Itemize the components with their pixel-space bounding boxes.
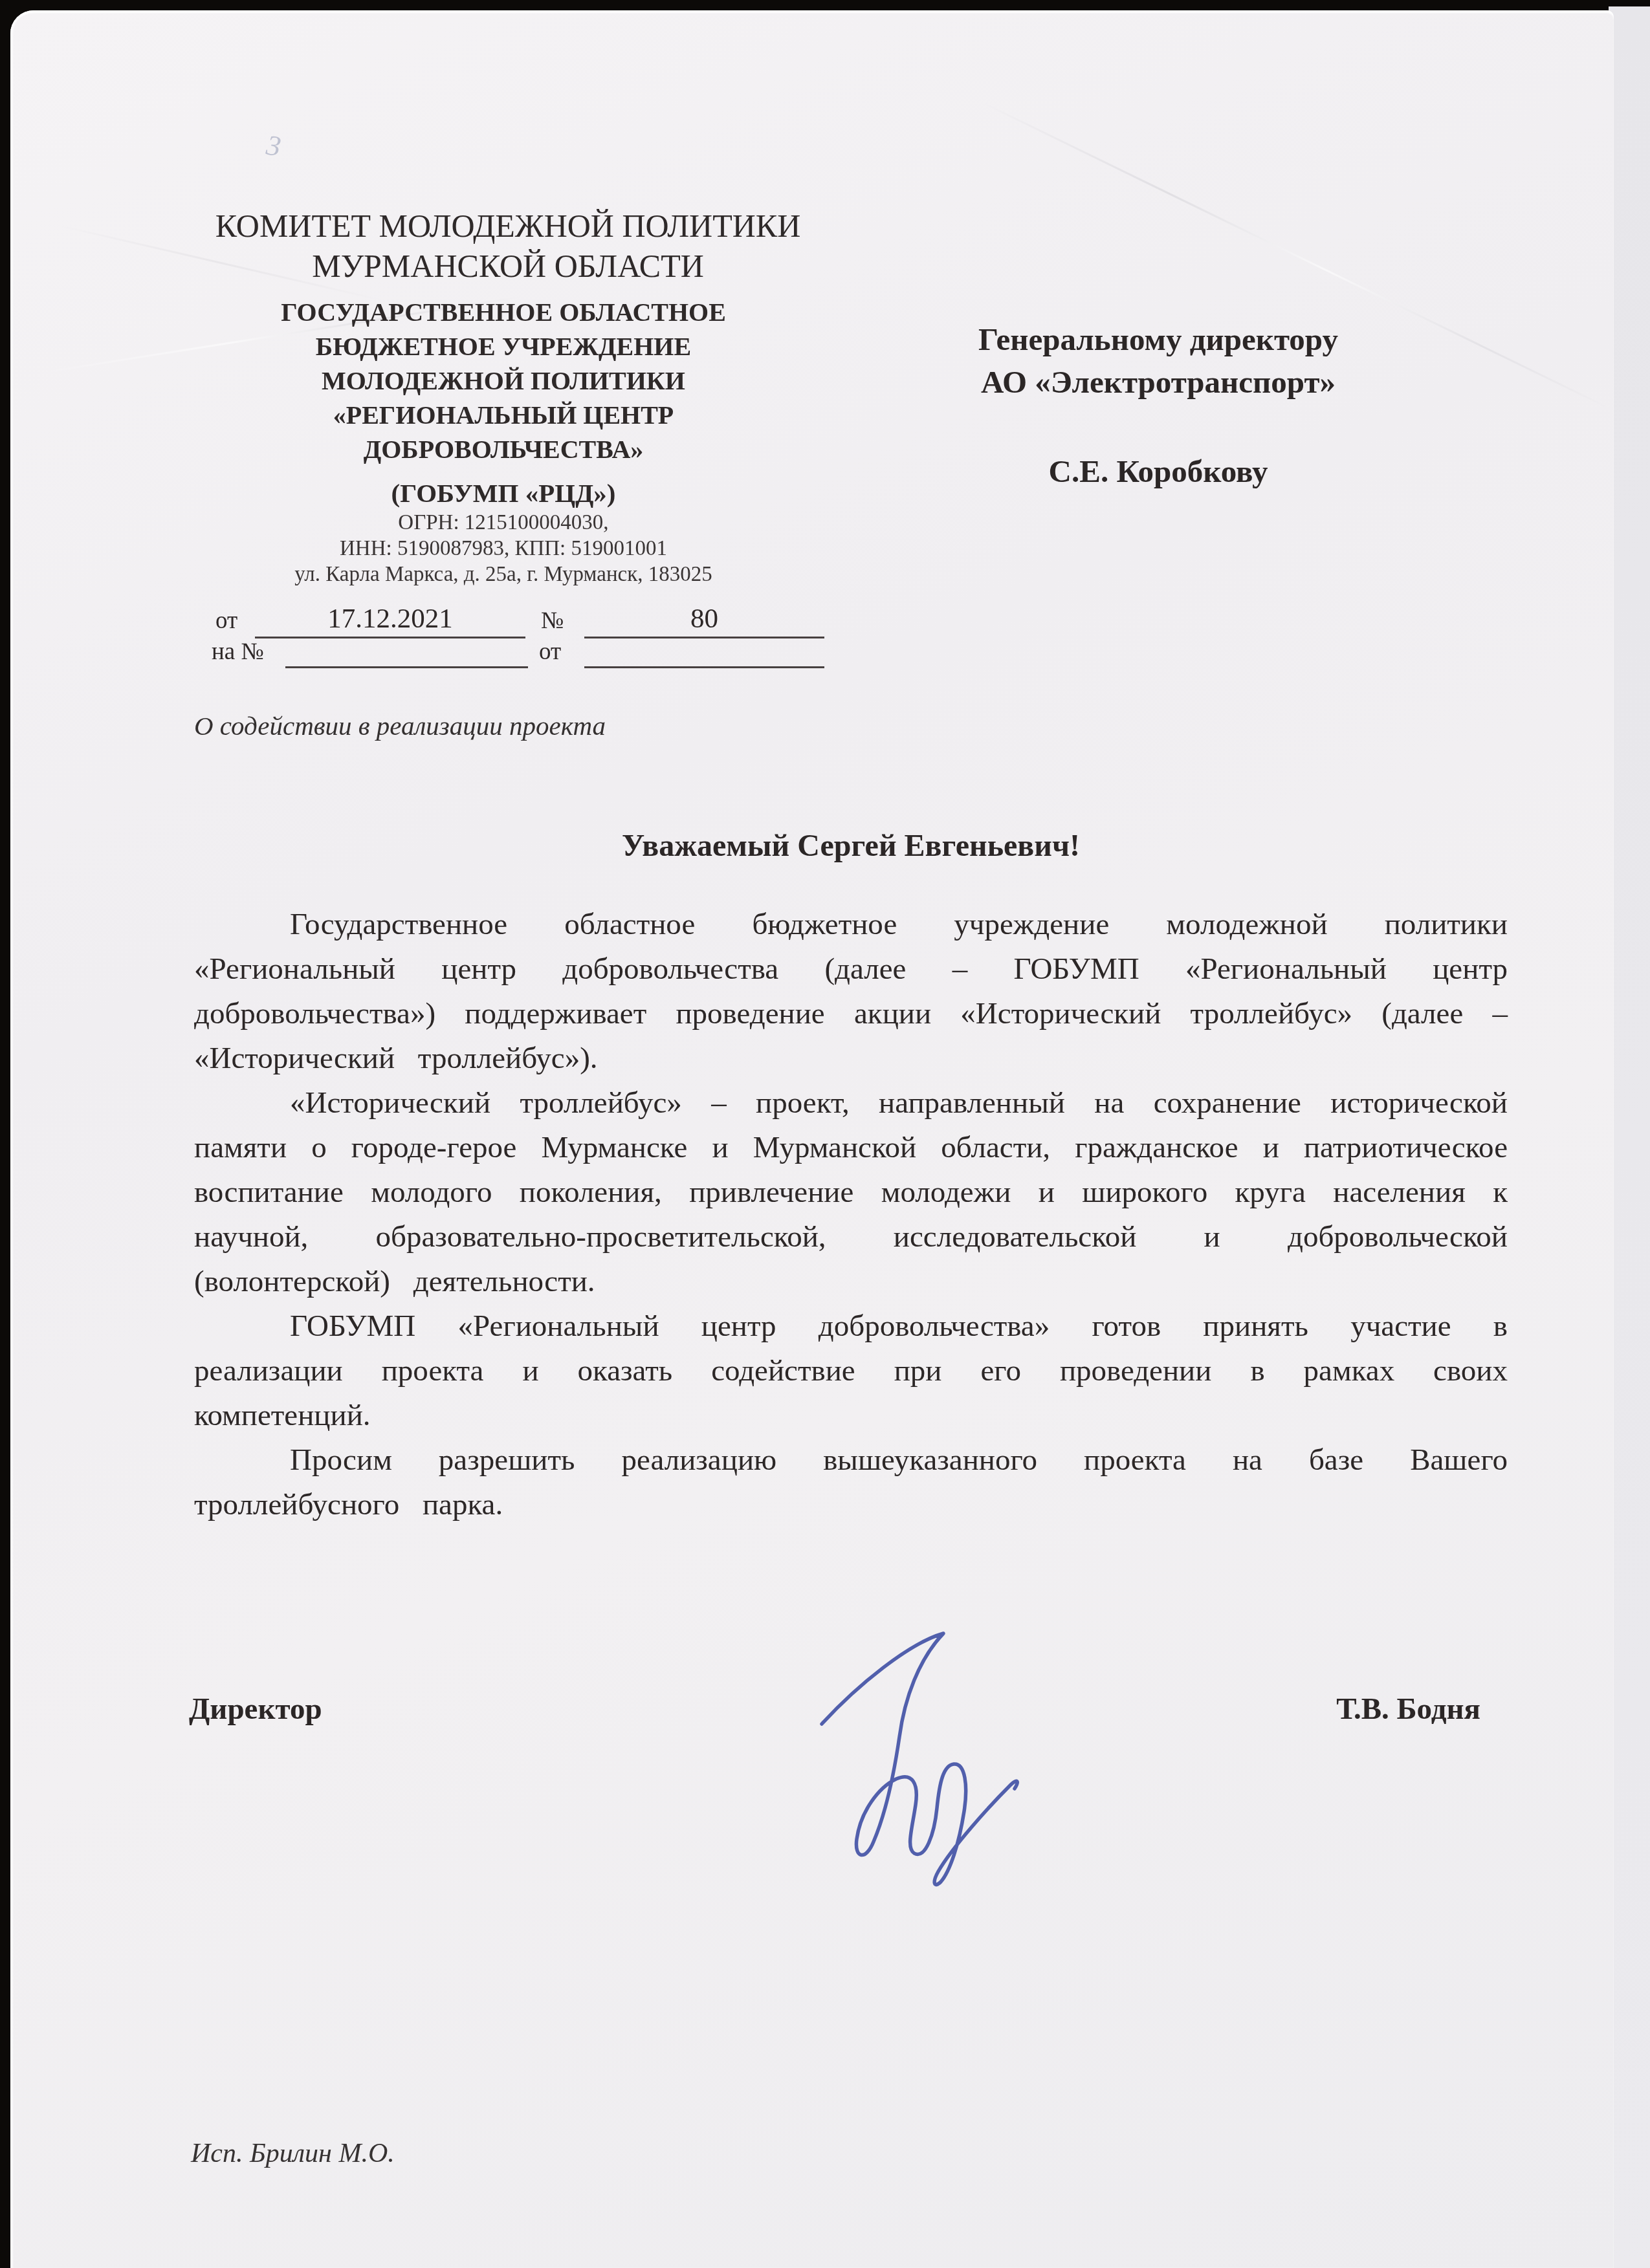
- subject-line: О содействии в реализации проекта: [194, 710, 606, 741]
- ref-reply-from-label: от: [539, 638, 561, 666]
- org-name-line: ДОБРОВОЛЬЧЕСТВА»: [264, 432, 743, 466]
- scanner-background: { "letterhead": { "committee_line1": "КО…: [0, 0, 1650, 2268]
- ref-reply-number-blank: [285, 631, 528, 668]
- executor-note: Исп. Брилин М.О.: [191, 2138, 395, 2169]
- addressee-company: АО «Электротранспорт»: [932, 361, 1385, 404]
- body-paragraph: «Исторический троллейбус» – проект, напр…: [194, 1081, 1508, 1304]
- org-requisites: ОГРН: 1215100004030, ИНН: 5190087983, КП…: [264, 510, 743, 587]
- committee-name-line2: МУРМАНСКОЙ ОБЛАСТИ: [188, 246, 828, 286]
- requisites-address: ул. Карла Маркса, д. 25а, г. Мурманск, 1…: [264, 562, 743, 587]
- salutation: Уважаемый Сергей Евгеньевич!: [194, 828, 1508, 864]
- signoff-position: Директор: [189, 1692, 322, 1727]
- body-paragraph: Просим разрешить реализацию вышеуказанно…: [194, 1438, 1508, 1527]
- body-paragraph: Государственное областное бюджетное учре…: [194, 902, 1508, 1081]
- addressee-title: Генеральному директору: [932, 318, 1385, 361]
- pencil-mark: 3: [265, 129, 283, 164]
- org-name-line: «РЕГИОНАЛЬНЫЙ ЦЕНТР: [264, 398, 743, 432]
- signoff-name: Т.В. Бодня: [1336, 1692, 1480, 1727]
- org-name-line: БЮДЖЕТНОЕ УЧРЕЖДЕНИЕ: [264, 329, 743, 364]
- requisites-ogrn: ОГРН: 1215100004030,: [264, 510, 743, 536]
- signature-scribble: [783, 1614, 1061, 1892]
- ref-reply-label: на №: [212, 638, 264, 666]
- scanner-lid-strip: [1609, 6, 1650, 2268]
- body-paragraph: ГОБУМП «Региональный центр добровольчест…: [194, 1304, 1508, 1438]
- committee-name: КОМИТЕТ МОЛОДЕЖНОЙ ПОЛИТИКИ МУРМАНСКОЙ О…: [188, 206, 828, 286]
- ref-reply-date-blank: [584, 631, 824, 668]
- committee-name-line1: КОМИТЕТ МОЛОДЕЖНОЙ ПОЛИТИКИ: [188, 206, 828, 246]
- addressee-person: С.Е. Коробкову: [932, 450, 1385, 493]
- org-name-line: ГОСУДАРСТВЕННОЕ ОБЛАСТНОЕ: [264, 295, 743, 329]
- ref-from-label: от: [215, 607, 237, 635]
- addressee-block: Генеральному директору АО «Электротрансп…: [932, 318, 1385, 493]
- org-name-line: МОЛОДЕЖНОЙ ПОЛИТИКИ: [264, 364, 743, 398]
- org-name: ГОСУДАРСТВЕННОЕ ОБЛАСТНОЕ БЮДЖЕТНОЕ УЧРЕ…: [264, 295, 743, 466]
- requisites-inn-kpp: ИНН: 5190087983, КПП: 519001001: [264, 536, 743, 562]
- ref-number-label: №: [541, 607, 564, 635]
- letter-sheet: 3 КОМИТЕТ МОЛОДЕЖНОЙ ПОЛИТИКИ МУРМАНСКОЙ…: [10, 10, 1614, 2268]
- org-abbreviation: (ГОБУМП «РЦД»): [264, 477, 743, 508]
- letter-body: Государственное областное бюджетное учре…: [194, 902, 1508, 1527]
